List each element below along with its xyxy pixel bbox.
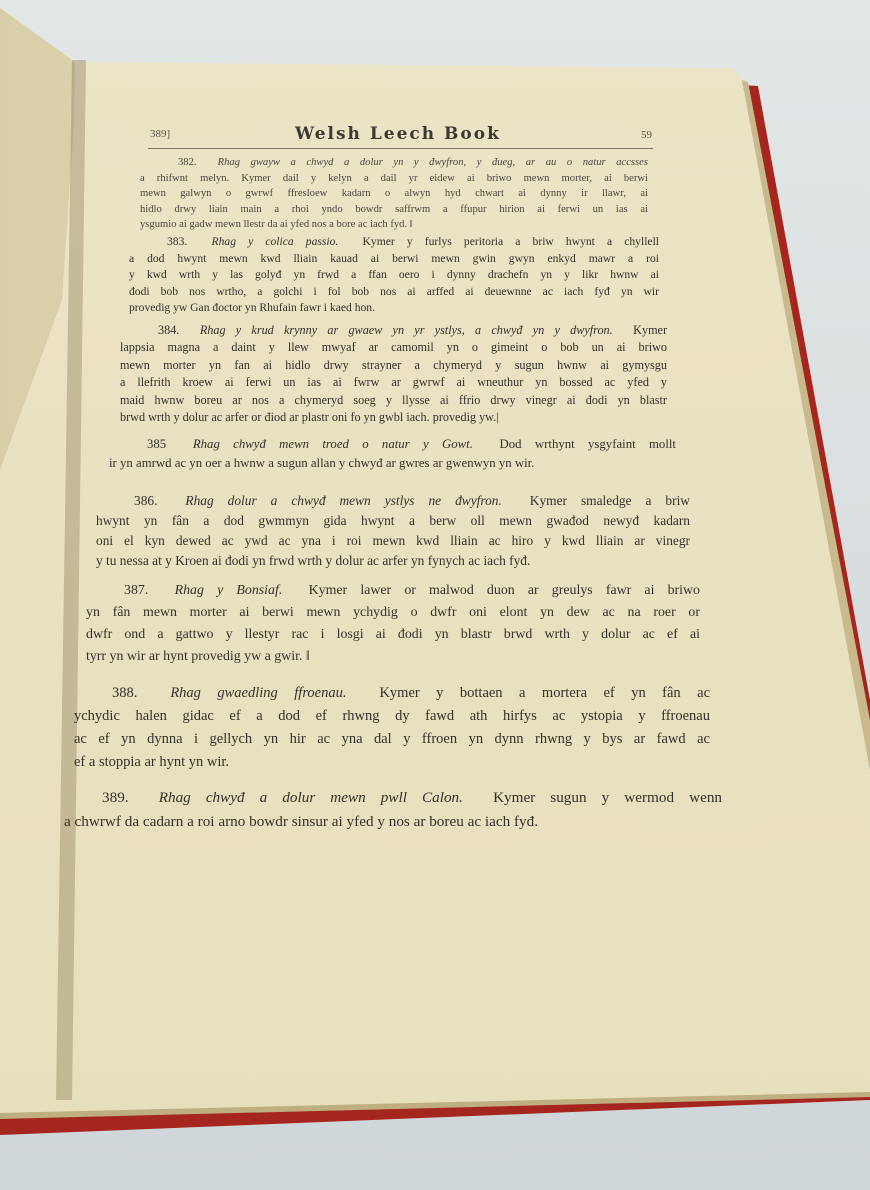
running-title: Welsh Leech Book (295, 124, 501, 144)
entry-line: ef a stoppia ar hynt yn wir. (74, 751, 710, 774)
entry-line: ir yn amrwd ac yn oer a hwnw a sugun all… (109, 454, 676, 473)
entry-line: hidlo drwy liain main a rhoi yndo bowdr … (140, 202, 648, 218)
entry-heading: Rhag gwaedling ffroenau. (170, 685, 346, 701)
entry-text: Kymer y furlys peritoria a briw hwynt a … (363, 235, 659, 248)
entry-line: mewn morter yn fan ai hidlo drwy strayne… (120, 357, 667, 374)
entry-line: oni el kyn dewed ac ywd ac yna i roi mew… (96, 531, 690, 551)
header-rule (148, 148, 653, 149)
entry-387: 387. Rhag y Bonsiaf. Kymer lawer or malw… (86, 580, 700, 668)
entry-first-line: 388. Rhag gwaedling ffroenau. Kymer y bo… (74, 682, 710, 705)
entry-line: ysgumio ai gadw mewn llestr da ai yfed n… (140, 217, 648, 233)
section-reference: 389] (150, 128, 170, 140)
entry-first-line: 382. Rhag gwayw a chwyd a dolur yn y đwy… (140, 155, 648, 171)
entry-heading: Rhag y colica passio. (212, 235, 339, 248)
entry-text: Kymer lawer or malwod duon ar greulys fa… (309, 583, 700, 598)
entry-text: Kymer y bottaen a mortera ef yn fân ac (379, 685, 710, 701)
entry-number: 386. (134, 493, 157, 508)
entry-first-line: 386. Rhag dolur a chwyđ mewn ystlys ne đ… (96, 491, 690, 511)
entry-text: Kymer smaledge a briw (530, 493, 690, 508)
entry-first-line: 383. Rhag y colica passio. Kymer y furly… (129, 234, 659, 251)
entry-line: a llefrith kroew ai ferwi un ias ai fwrw… (120, 374, 667, 391)
entry-number: 382. (178, 157, 197, 168)
entry-line: provedig yw Gan đoctor yn Rhufain fawr i… (129, 300, 659, 317)
entry-number: 385 (147, 437, 166, 451)
entry-line: a chwrwf da cadarn a roi arno bowdr sins… (64, 810, 722, 834)
entry-number: 389. (102, 789, 129, 806)
entry-number: 388. (112, 685, 137, 701)
entry-line: y kwd wrth y las golyđ yn frwd a ffan oe… (129, 267, 659, 284)
page-number: 59 (641, 129, 652, 141)
entry-text: Kymer sugun y wermod wenn (493, 789, 722, 806)
entry-first-line: 389. Rhag chwyđ a dolur mewn pwll Calon.… (64, 786, 722, 810)
entry-line: yn fân mewn morter ai berwi mewn ychydig… (86, 602, 700, 624)
entry-line: brwd wrth y dolur ac arfer or điod ar pl… (120, 409, 667, 426)
entry-heading: Rhag y Bonsiaf. (175, 583, 283, 598)
entry-number: 383. (167, 235, 187, 248)
entry-line: ychydic halen gidac ef a dod ef rhwng dy… (74, 705, 710, 728)
entry-number: 384. (158, 323, 179, 337)
entry-line: dwfr ond a gattwo y llestyr rac i losgi … (86, 624, 700, 646)
entry-first-line: 385 Rhag chwyđ mewn troed o natur y Gowt… (109, 435, 676, 454)
entry-heading: Rhag chwyđ mewn troed o natur y Gowt. (193, 437, 473, 451)
entry-line: a rhifwnt melyn. Kymer dail y kelyn a da… (140, 171, 648, 187)
entry-number: 387. (124, 583, 148, 598)
entry-text: Dod wrthynt ysgyfaint mollt (500, 437, 676, 451)
entry-line: maid hwnw boreu ar nos a chymeryd soeg y… (120, 392, 667, 409)
entry-389: 389. Rhag chwyđ a dolur mewn pwll Calon.… (64, 786, 722, 834)
entry-heading: Rhag gwayw a chwyd a dolur yn y đwyfron,… (218, 157, 648, 168)
entry-line: a dod hwynt mewn kwd lliain kauad ai ber… (129, 251, 659, 268)
entry-385: 385 Rhag chwyđ mewn troed o natur y Gowt… (109, 435, 676, 472)
entry-heading: Rhag y krud krynny ar gwaew yn yr ystlys… (200, 323, 613, 337)
entry-line: mewn galwyn o gwrwf ffresloew kadarn o a… (140, 186, 648, 202)
running-head: 389] Welsh Leech Book 59 (150, 124, 650, 146)
entry-388: 388. Rhag gwaedling ffroenau. Kymer y bo… (74, 682, 710, 774)
entry-386: 386. Rhag dolur a chwyđ mewn ystlys ne đ… (96, 491, 690, 571)
entry-heading: Rhag dolur a chwyđ mewn ystlys ne đwyfro… (185, 493, 501, 508)
entry-line: y tu nessa at y Kroen ai đodi yn frwd wr… (96, 551, 690, 571)
entry-first-line: 384. Rhag y krud krynny ar gwaew yn yr y… (120, 322, 667, 339)
entry-line: tyrr yn wir ar hynt provedig yw a gwir. … (86, 646, 700, 668)
entry-383: 383. Rhag y colica passio. Kymer y furly… (129, 234, 659, 317)
entry-382: 382. Rhag gwayw a chwyd a dolur yn y đwy… (140, 155, 648, 233)
entry-384: 384. Rhag y krud krynny ar gwaew yn yr y… (120, 322, 667, 426)
entry-line: hwynt yn fân a dod gwmmyn gida hwynt a b… (96, 511, 690, 531)
entry-line: lappsia magna a daint y llew mwyaf ar ca… (120, 339, 667, 356)
entry-first-line: 387. Rhag y Bonsiaf. Kymer lawer or malw… (86, 580, 700, 602)
entry-heading: Rhag chwyđ a dolur mewn pwll Calon. (159, 789, 463, 806)
entry-line: đodi bob nos wrtho, a golchi i fol bob n… (129, 284, 659, 301)
entry-text: Kymer (633, 323, 667, 337)
entry-line: ac ef yn dynna i gellych yn hir ac yna d… (74, 728, 710, 751)
